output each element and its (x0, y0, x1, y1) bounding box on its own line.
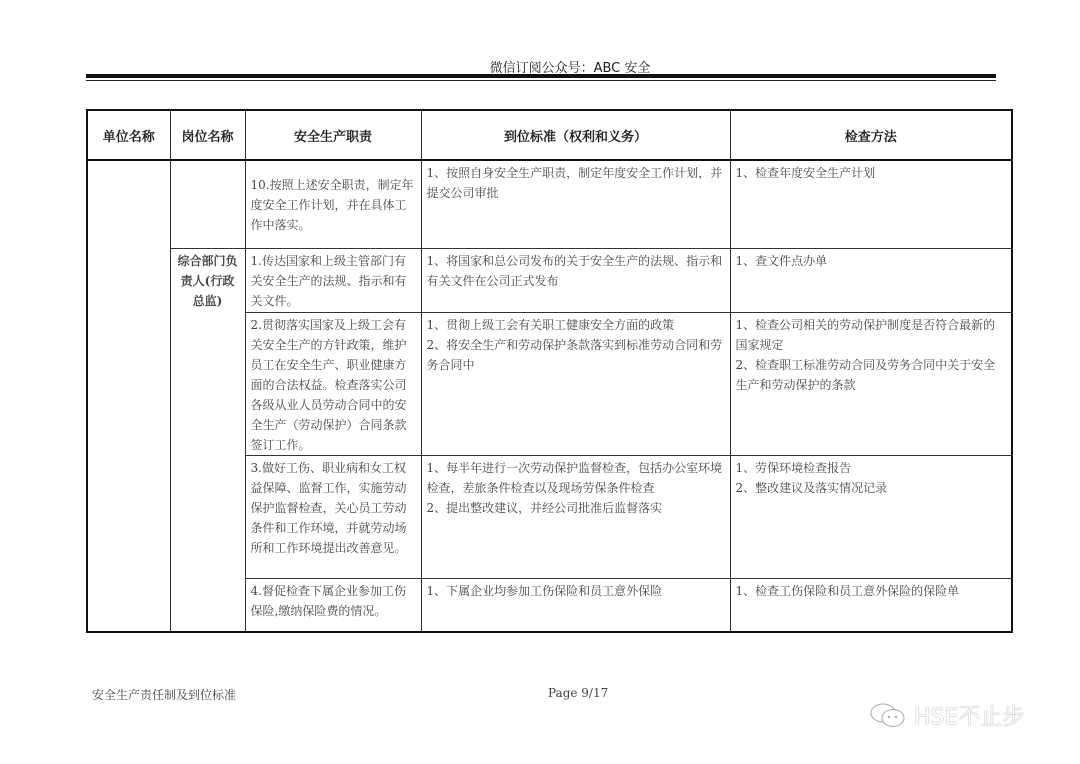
header-rule-thin (86, 80, 996, 81)
table-row: 综合部门负责人(行政总监) 1.传达国家和上级主管部门有关安全生产的法规、指示和… (87, 248, 1012, 312)
wechat-icon (868, 702, 908, 730)
standard-cell: 1、按照自身安全生产职责，制定年度安全工作计划，并提交公司审批 (421, 160, 730, 248)
check-cell: 1、劳保环境检查报告 2、整改建议及落实情况记录 (730, 455, 1012, 578)
standard-cell: 1、下属企业均参加工伤保险和员工意外保险 (421, 578, 730, 632)
duty-cell: 1.传达国家和上级主管部门有关安全生产的法规、指示和有关文件。 (245, 248, 421, 312)
check-cell: 1、检查年度安全生产计划 (730, 160, 1012, 248)
watermark-text: HSE不止步 (914, 700, 1024, 731)
column-header-check: 检查方法 (730, 110, 1012, 160)
position-cell (170, 160, 245, 248)
column-header-unit: 单位名称 (87, 110, 170, 160)
check-cell: 1、查文件点办单 (730, 248, 1012, 312)
check-cell: 1、检查公司相关的劳动保护制度是否符合最新的国家规定 2、检查职工标准劳动合同及… (730, 312, 1012, 455)
unit-name-cell (87, 160, 170, 632)
check-cell: 1、检查工伤保险和员工意外保险的保险单 (730, 578, 1012, 632)
duty-cell: 10.按照上述安全职责，制定年度安全工作计划，并在具体工作中落实。 (245, 160, 421, 248)
footer-page-number: Page 9/17 (548, 686, 608, 700)
column-header-position: 岗位名称 (170, 110, 245, 160)
footer-doc-title: 安全生产责任制及到位标准 (92, 686, 236, 703)
standard-cell: 1、将国家和总公司发布的关于安全生产的法规、指示和有关文件在公司正式发布 (421, 248, 730, 312)
position-cell-admin-director: 综合部门负责人(行政总监) (170, 248, 245, 632)
table-header-row: 单位名称 岗位名称 安全生产职责 到位标准（权利和义务） 检查方法 (87, 110, 1012, 160)
duty-table: 单位名称 岗位名称 安全生产职责 到位标准（权利和义务） 检查方法 10.按照上… (86, 109, 1013, 633)
duty-cell: 3.做好工伤、职业病和女工权益保障、监督工作，实施劳动保护监督检查，关心员工劳动… (245, 455, 421, 578)
standard-cell: 1、每半年进行一次劳动保护监督检查，包括办公室环境检查，差旅条件检查以及现场劳保… (421, 455, 730, 578)
duty-cell: 2.贯彻落实国家及上级工会有关安全生产的方针政策，维护员工在安全生产、职业健康方… (245, 312, 421, 455)
table-row: 10.按照上述安全职责，制定年度安全工作计划，并在具体工作中落实。 1、按照自身… (87, 160, 1012, 248)
column-header-standard: 到位标准（权利和义务） (421, 110, 730, 160)
watermark: HSE不止步 (868, 700, 1024, 731)
standard-cell: 1、贯彻上级工会有关职工健康安全方面的政策 2、将安全生产和劳动保护条款落实到标… (421, 312, 730, 455)
column-header-duty: 安全生产职责 (245, 110, 421, 160)
duty-cell: 4.督促检查下属企业参加工伤保险,缴纳保险费的情况。 (245, 578, 421, 632)
header-rule-thick (86, 74, 996, 78)
